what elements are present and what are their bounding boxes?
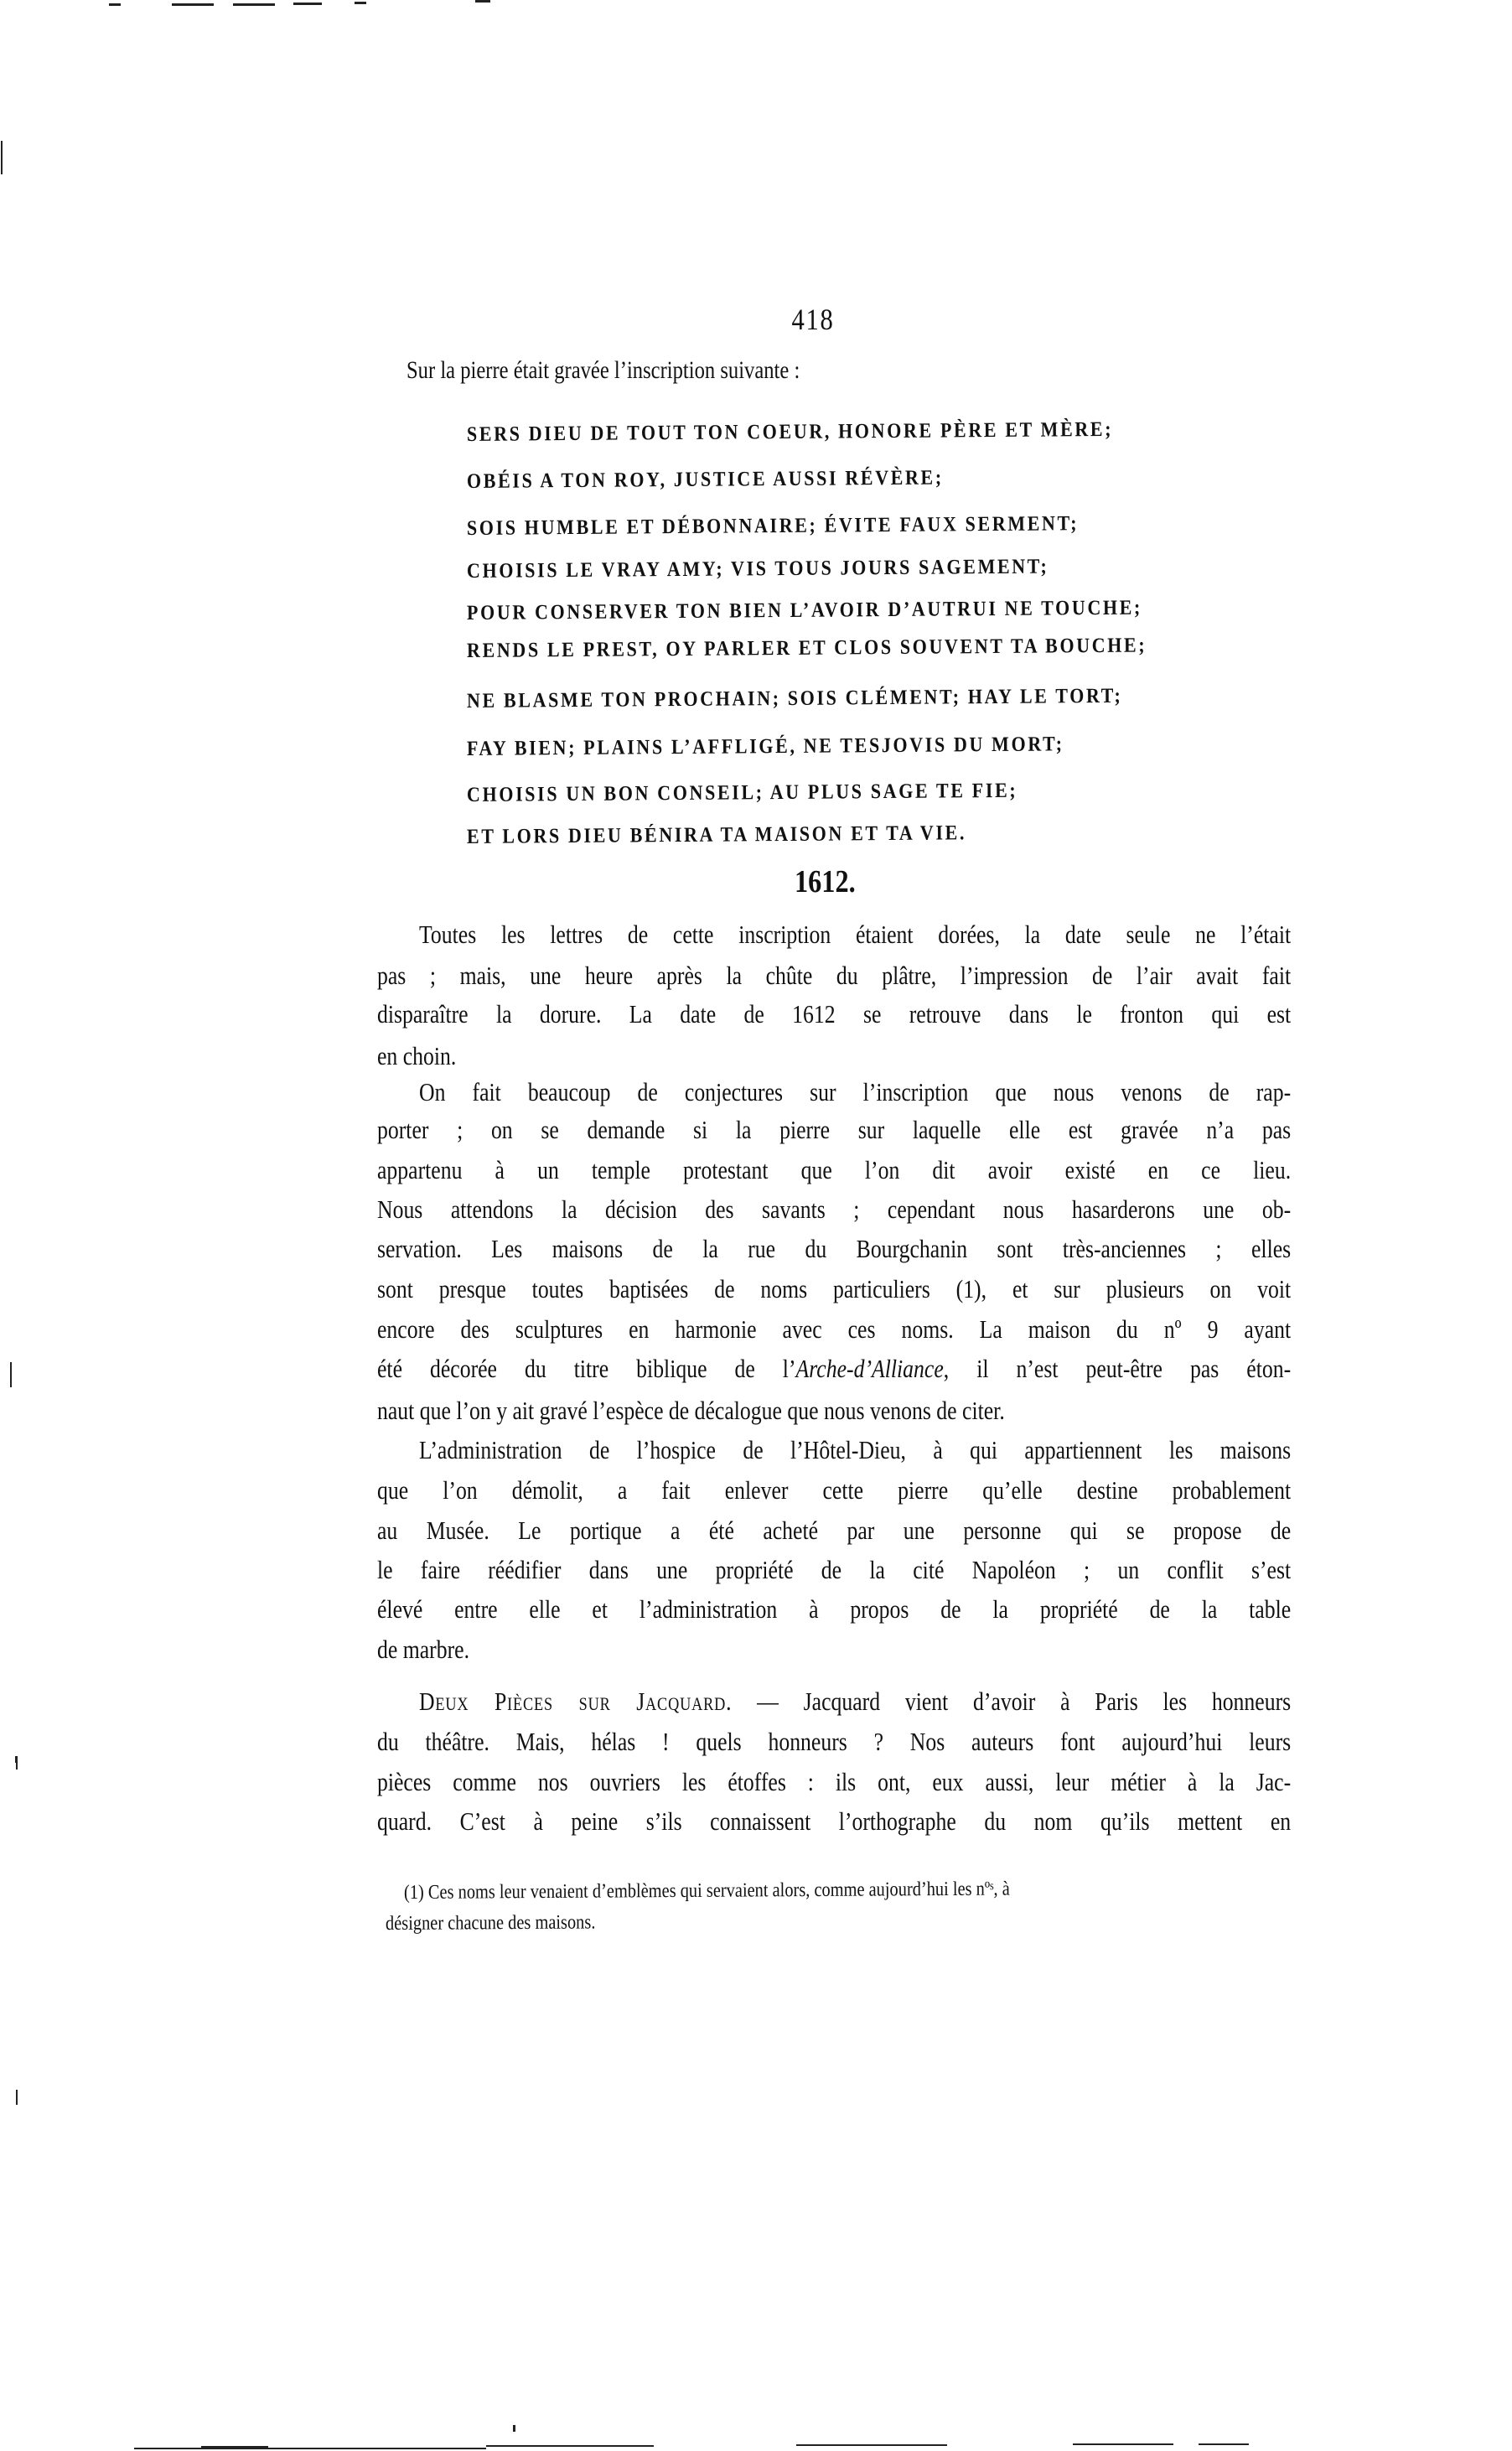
paragraph-2-line: porter ; on se demande si la pierre sur … xyxy=(377,1115,1291,1145)
scan-artifact-bottom-4 xyxy=(796,2444,947,2446)
heading-dash: — xyxy=(732,1687,803,1716)
scan-artifact-left-1 xyxy=(1,141,3,174)
inscription-line: CHOISIS LE VRAY AMY; VIS TOUS JOURS SAGE… xyxy=(467,555,1049,583)
inscription-line: POUR CONSERVER TON BIEN L’AVOIR D’AUTRUI… xyxy=(467,597,1142,625)
scanned-book-page: 418 Sur la pierre était gravée l’inscrip… xyxy=(0,0,1512,2451)
inscription-line: CHOISIS UN BON CONSEIL; AU PLUS SAGE TE … xyxy=(467,780,1017,807)
section-heading-deux-pieces-sur-jacquard: Deux Pièces sur Jacquard. xyxy=(419,1687,732,1716)
paragraph-2-line-8-start: été décorée du titre biblique de l’ xyxy=(377,1354,796,1383)
scan-artifact-top-4 xyxy=(293,3,322,5)
paragraph-2-line: naut que l’on y ait gravé l’espèce de dé… xyxy=(377,1396,1291,1426)
paragraph-3-line: de marbre. xyxy=(377,1635,1291,1665)
paragraph-3-line: que l’on démolit, a fait enlever cette p… xyxy=(377,1475,1291,1505)
paragraph-2-line: On fait beaucoup de conjectures sur l’in… xyxy=(419,1077,1291,1107)
inscription-line: NE BLASME TON PROCHAIN; SOIS CLÉMENT; HA… xyxy=(467,685,1123,713)
paragraph-3-line: élevé entre elle et l’administration à p… xyxy=(377,1594,1291,1624)
inscription-line: OBÉIS A TON ROY, JUSTICE AUSSI RÉVÈRE; xyxy=(467,466,944,494)
inscription-date: 1612. xyxy=(795,863,856,900)
paragraph-1-line: Toutes les lettres de cette inscription … xyxy=(419,920,1291,950)
paragraph-2-line-8-end: , il n’est peut-être pas éton- xyxy=(944,1354,1291,1383)
paragraph-4-line: du théâtre. Mais, hélas ! quels honneurs… xyxy=(377,1727,1291,1757)
inscription-line: ET LORS DIEU BÉNIRA TA MAISON ET TA VIE. xyxy=(467,821,966,849)
paragraph-2-line: été décorée du titre biblique de l’Arche… xyxy=(377,1354,1291,1384)
paragraph-3-line: au Musée. Le portique a été acheté par u… xyxy=(377,1516,1291,1546)
inscription-line: SERS DIEU DE TOUT TON COEUR, HONORE PÈRE… xyxy=(467,418,1113,447)
paragraph-4-line-1-text: Jacquard vient d’avoir à Paris les honne… xyxy=(804,1687,1291,1716)
paragraph-3-line: le faire réédifier dans une propriété de… xyxy=(377,1555,1291,1585)
paragraph-1-line: pas ; mais, une heure après la chûte du … xyxy=(377,961,1291,991)
scan-artifact-top-3 xyxy=(233,3,275,6)
footnote-line: désigner chacune des maisons. xyxy=(386,1911,596,1935)
scan-artifact-top-6 xyxy=(475,0,490,3)
inscription-line: SOIS HUMBLE ET DÉBONNAIRE; ÉVITE FAUX SE… xyxy=(467,512,1079,541)
intro-line: Sur la pierre était gravée l’inscription… xyxy=(406,356,800,385)
paragraph-3-line: L’administration de l’hospice de l’Hôtel… xyxy=(419,1435,1291,1465)
paragraph-4-line: Deux Pièces sur Jacquard. — Jacquard vie… xyxy=(419,1687,1291,1717)
scan-artifact-left-4 xyxy=(16,1756,18,1770)
paragraph-2-line: encore des sculptures en harmonie avec c… xyxy=(377,1314,1291,1345)
scan-artifact-top-5 xyxy=(355,2,366,4)
scan-artifact-top-1 xyxy=(109,3,121,6)
arche-d-alliance-title: Arche-d’Alliance xyxy=(796,1354,944,1383)
paragraph-2-line: Nous attendons la décision des savants ;… xyxy=(377,1194,1291,1225)
paragraph-4-line: quard. C’est à peine s’ils connaissent l… xyxy=(377,1806,1291,1837)
paragraph-2-line: appartenu à un temple protestant que l’o… xyxy=(377,1155,1291,1185)
scan-artifact-bottom-5 xyxy=(1073,2443,1173,2445)
paragraph-2-line: sont presque toutes baptisées de noms pa… xyxy=(377,1274,1291,1304)
scan-artifact-bottom-2 xyxy=(201,2446,268,2448)
inscription-line: RENDS LE PREST, OY PARLER ET CLOS SOUVEN… xyxy=(467,635,1147,663)
page-number: 418 xyxy=(784,302,841,337)
scan-artifact-bottom-3 xyxy=(486,2445,654,2447)
scan-artifact-bottom-dot xyxy=(513,2425,515,2432)
scan-artifact-bottom-1 xyxy=(134,2448,486,2449)
scan-artifact-top-2 xyxy=(172,3,214,6)
scan-artifact-left-2 xyxy=(10,1362,12,1387)
paragraph-1-line: en choin. xyxy=(377,1041,1291,1071)
footnote-line: (1) Ces noms leur venaient d’emblèmes qu… xyxy=(404,1878,1010,1904)
scan-artifact-left-5 xyxy=(16,2090,18,2105)
paragraph-2-line: servation. Les maisons de la rue du Bour… xyxy=(377,1234,1291,1264)
scan-artifact-bottom-6 xyxy=(1199,2443,1249,2445)
paragraph-1-line: disparaître la dorure. La date de 1612 s… xyxy=(377,999,1291,1029)
paragraph-4-line: pièces comme nos ouvriers les étoffes : … xyxy=(377,1767,1291,1797)
inscription-line: FAY BIEN; PLAINS L’AFFLIGÉ, NE TESJOVIS … xyxy=(467,733,1064,761)
